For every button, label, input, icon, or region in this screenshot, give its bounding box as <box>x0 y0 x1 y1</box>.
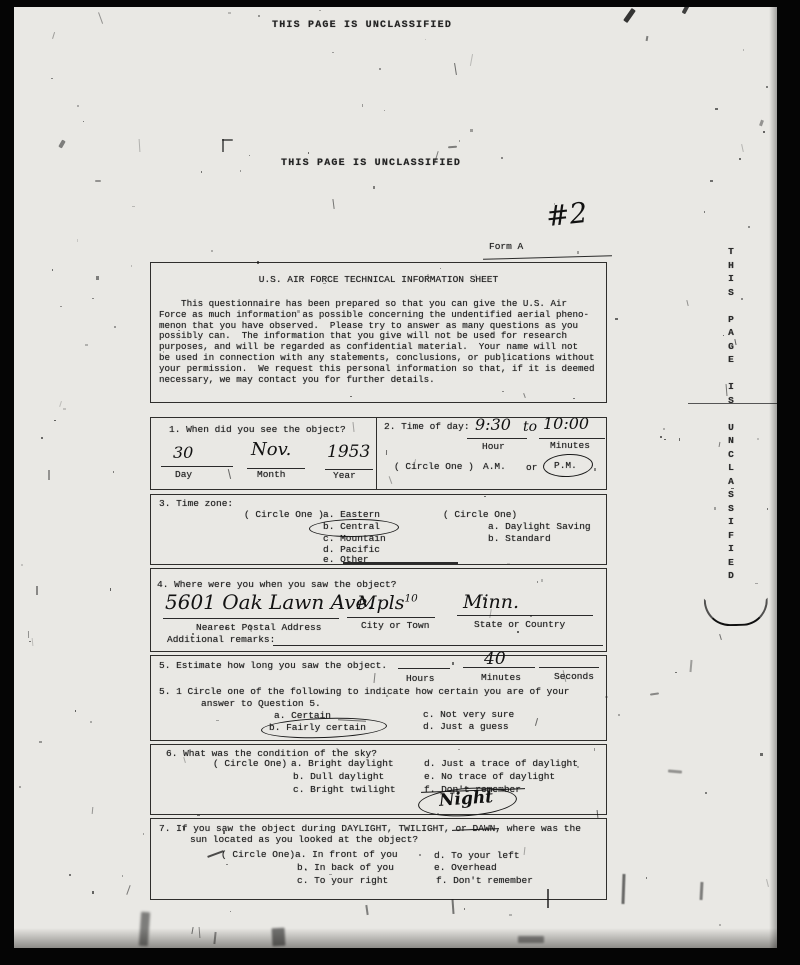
q6-option-bright-twilight: c. Bright twilight <box>293 785 396 796</box>
q1-day-line <box>161 466 233 467</box>
q7-option-to-right: c. To your right <box>297 876 388 887</box>
q1-answer-year: 1953 <box>327 442 370 462</box>
q2-label-minutes: Minutes <box>550 441 590 452</box>
q4-answer-state: Minn. <box>463 591 519 613</box>
form-section-header: U.S. AIR FORCE TECHNICAL INFORMATION SHE… <box>150 262 607 403</box>
q7-option-overhead: e. Overhead <box>434 863 497 874</box>
q5-1-question-line1: 5. 1 Circle one of the following to indi… <box>159 687 569 698</box>
q4-remarks-line <box>273 645 603 646</box>
form-a-label: Form A <box>489 242 523 253</box>
q3-option-standard: b. Standard <box>488 534 551 545</box>
q7-option-to-left: d. To your left <box>434 851 520 862</box>
q2-question: 2. Time of day: <box>384 422 470 433</box>
q5-1-question-line2: answer to Question 5. <box>201 699 321 710</box>
side-classification-text: T H I S P A G E I S U N C L A S S I F I … <box>722 245 740 583</box>
q7-struck-out-text: or DAWN <box>455 824 495 835</box>
q6-circle-one-label: ( Circle One) <box>213 759 287 770</box>
q2-connector: to <box>523 419 537 435</box>
q4-label-state: State or Country <box>474 620 565 631</box>
q4-state-line <box>457 615 593 616</box>
classification-banner-middle: THIS PAGE IS UNCLASSIFIED <box>281 158 461 170</box>
q5-answer-minutes: 40 <box>484 649 506 669</box>
q2-pm-circle-mark <box>542 453 593 479</box>
q7-option-in-front: a. In front of you <box>295 850 398 861</box>
q3-question: 3. Time zone: <box>159 499 233 510</box>
form-section-q3: 3. Time zone: ( Circle One ) a. Eastern … <box>150 494 607 565</box>
q7-option-in-back: b. In back of you <box>297 863 394 874</box>
q2-answer-hour: 9:30 <box>475 415 511 434</box>
q2-minutes-line <box>539 438 605 439</box>
q6-option-bright-daylight: a. Bright daylight <box>291 759 394 770</box>
q7-question-line2: sun located as you looked at the object? <box>190 835 418 846</box>
scan-border-bottom <box>0 948 800 965</box>
scan-dark-border-segment <box>343 562 458 564</box>
q4-answer-address: 5601 Oak Lawn Ave. <box>165 590 374 614</box>
q3-circle-one-right: ( Circle One) <box>443 510 517 521</box>
scan-right-shadow <box>769 0 777 965</box>
q5-hours-line <box>398 668 450 669</box>
q2-answer-minutes: 10:00 <box>543 414 589 433</box>
q2-hour-line <box>467 438 527 439</box>
q2-or-label: or <box>526 463 537 474</box>
q3-option-daylight-saving: a. Daylight Saving <box>488 522 591 533</box>
form-title: U.S. AIR FORCE TECHNICAL INFORMATION SHE… <box>151 275 606 286</box>
q1-label-year: Year <box>333 471 356 482</box>
q1-label-month: Month <box>257 470 286 481</box>
q5-label-seconds: Seconds <box>554 672 594 683</box>
q7-option-dont-remember: f. Don't remember <box>436 876 533 887</box>
q4-city-line <box>347 617 435 618</box>
q3-circle-one-left: ( Circle One ) <box>244 510 324 521</box>
q1-label-day: Day <box>175 470 192 481</box>
side-bracket-mark <box>704 597 768 626</box>
q1-q2-divider <box>376 418 377 489</box>
handwritten-page-number: #2 <box>544 196 589 233</box>
q5-label-hours: Hours <box>406 674 435 685</box>
form-a-underline <box>483 255 612 260</box>
q6-option-dull-daylight: b. Dull daylight <box>293 772 384 783</box>
adjacent-page-edge-line <box>688 403 777 404</box>
q4-remarks-label: Additional remarks: <box>167 635 275 646</box>
scan-border-top <box>0 0 800 7</box>
q6-option-trace-daylight: d. Just a trace of daylight <box>424 759 578 770</box>
scan-border-right <box>777 0 800 965</box>
form-intro-paragraph: This questionnaire has been prepared so … <box>159 299 595 385</box>
form-section-q4: 4. Where were you when you saw the objec… <box>150 568 607 652</box>
q4-address-line <box>163 618 339 619</box>
q2-option-am: A.M. <box>483 462 506 473</box>
scan-border-left <box>0 0 14 965</box>
q1-answer-month: Nov. <box>251 439 291 460</box>
q2-label-hour: Hour <box>482 442 505 453</box>
q5-1-option-just-a-guess: d. Just a guess <box>423 722 509 733</box>
q6-option-no-trace-daylight: e. No trace of daylight <box>424 772 555 783</box>
scanned-document-page: THIS PAGE IS UNCLASSIFIED THIS PAGE IS U… <box>0 0 800 965</box>
classification-banner-top: THIS PAGE IS UNCLASSIFIED <box>272 20 452 32</box>
form-section-q5: 5. Estimate how long you saw the object.… <box>150 655 607 741</box>
form-section-q6: 6. What was the condition of the sky? ( … <box>150 744 607 815</box>
q4-answer-city: Mpls10 <box>357 592 418 614</box>
q1-question: 1. When did you see the object? <box>169 425 346 436</box>
paper-area: THIS PAGE IS UNCLASSIFIED THIS PAGE IS U… <box>0 0 800 965</box>
scan-bottom-shadow <box>0 928 800 949</box>
q5-1-option-not-very-sure: c. Not very sure <box>423 710 514 721</box>
q7-circle-one-label: ( Circle One) <box>221 850 295 861</box>
q1-answer-day: 30 <box>173 443 193 462</box>
form-section-q1-q2: 1. When did you see the object? 30 Nov. … <box>150 417 607 490</box>
q4-label-city: City or Town <box>361 621 429 632</box>
q2-circle-one-label: ( Circle One ) <box>394 462 474 473</box>
form-section-q7: 7. If you saw the object during DAYLIGHT… <box>150 818 607 900</box>
q4-answer-city-superscript: 10 <box>404 593 417 605</box>
q5-seconds-line <box>539 667 599 668</box>
q5-question: 5. Estimate how long you saw the object. <box>159 661 387 672</box>
q5-label-minutes: Minutes <box>481 673 521 684</box>
q4-label-address: Nearest Postal Address <box>196 623 321 634</box>
